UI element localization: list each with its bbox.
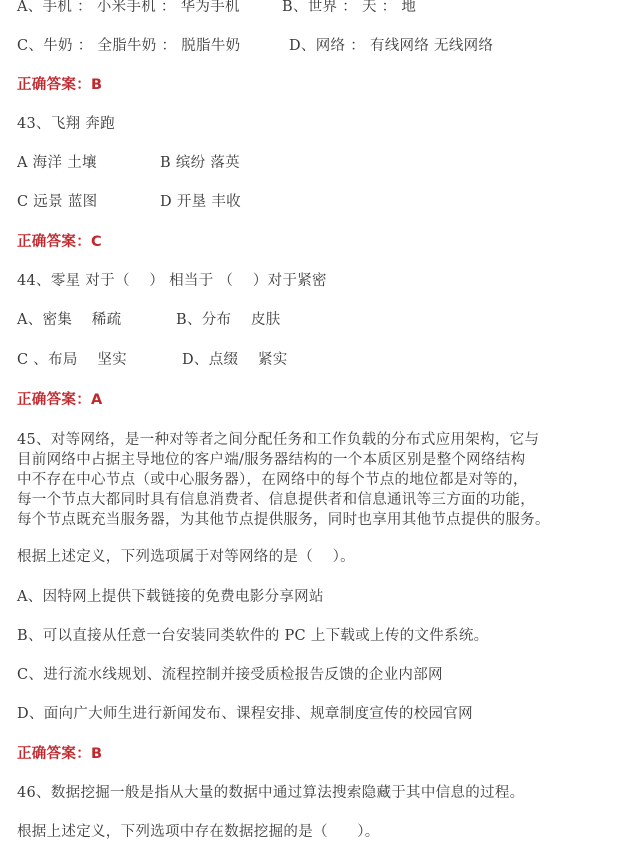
- q45-paragraph-line: 45、对等网络，是一种对等者之间分配任务和工作负载的分布式应用架构，它与: [17, 430, 557, 450]
- q44-option-a: A、密集 稀疏: [17, 311, 121, 329]
- q43-option-c: C 远景 蓝图: [17, 193, 97, 211]
- q43-answer: 正确答案：C: [17, 233, 102, 251]
- q44-option-d: D、点缀 紧实: [182, 351, 288, 369]
- q46-stem: 46、数据挖掘一般是指从大量的数据中通过算法搜索隐藏于其中信息的过程。: [17, 784, 524, 802]
- q42-answer: 正确答案：B: [17, 76, 102, 94]
- q43-option-d: D 开垦 丰收: [160, 193, 241, 211]
- q42-option-d: D、网络 ： 有线网络 无线网络: [289, 37, 493, 55]
- q44-answer: 正确答案：A: [17, 391, 103, 409]
- q44-option-c: C 、布局 坚实: [17, 351, 127, 369]
- q44-stem: 44、零星 对于（ ） 相当于 （ ）对于紧密: [17, 272, 327, 290]
- q44-option-b: B、分布 皮肤: [176, 311, 281, 329]
- q45-paragraph-line: 每一个节点大都同时具有信息消费者、信息提供者和信息通讯等三方面的功能，: [17, 490, 557, 510]
- q45-paragraph-line: 中不存在中心节点（或中心服务器），在网络中的每个节点的地位都是对等的，: [17, 470, 557, 490]
- q43-option-b: B 缤纷 落英: [160, 154, 240, 172]
- q42-option-b: B、世界 ： 天 ： 地: [282, 0, 416, 16]
- q45-answer: 正确答案：B: [17, 745, 102, 763]
- q45-option-a: A、因特网上提供下载链接的免费电影分享网站: [17, 588, 324, 606]
- q46-question: 根据上述定义，下列选项中存在数据挖掘的是（ ）。: [17, 823, 380, 841]
- q45-paragraph-line: 每个节点既充当服务器，为其他节点提供服务，同时也享用其他节点提供的服务。: [17, 510, 557, 530]
- q45-option-b: B、可以直接从任意一台安装同类软件的 PC 上下载或上传的文件系统。: [17, 627, 488, 645]
- q42-option-c: C、牛奶 ： 全脂牛奶 ： 脱脂牛奶: [17, 37, 240, 55]
- q42-option-a: A、手机 ： 小米手机 ： 华为手机: [17, 0, 240, 16]
- q43-option-a: A 海洋 土壤: [17, 154, 97, 172]
- q45-option-d: D、面向广大师生进行新闻发布、课程安排、规章制度宣传的校园官网: [17, 705, 473, 723]
- q45-option-c: C、进行流水线规划、流程控制并接受质检报告反馈的企业内部网: [17, 666, 443, 684]
- q43-stem: 43、飞翔 奔跑: [17, 115, 115, 133]
- q45-definition-paragraph: 45、对等网络，是一种对等者之间分配任务和工作负载的分布式应用架构，它与 目前网…: [17, 430, 557, 530]
- q45-question: 根据上述定义，下列选项属于对等网络的是（ ）。: [17, 548, 355, 566]
- q45-paragraph-line: 目前网络中占据主导地位的客户端/服务器结构的一个本质区别是整个网络结构: [17, 450, 557, 470]
